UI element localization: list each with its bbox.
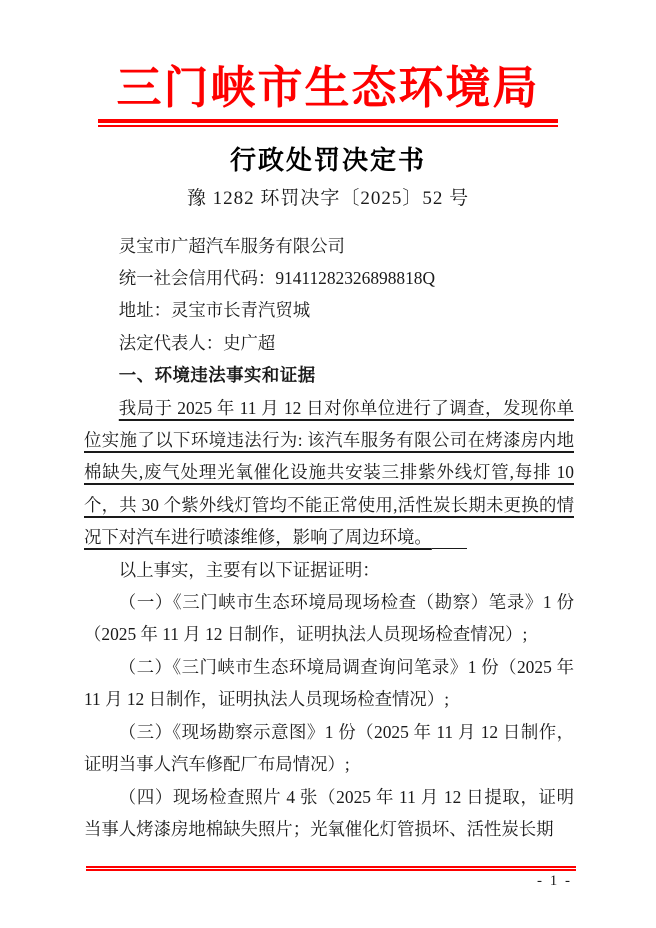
document-page: 三门峡市生态环境局 行政处罚决定书 豫 1282 环罚决字〔2025〕52 号 …: [0, 0, 656, 928]
violation-findings-underlined-text: 我局于 2025 年 11 月 12 日对你单位进行了调查，发现你单位实施了以下…: [84, 398, 574, 548]
footer-divider: [86, 866, 576, 871]
evidence-item-2: （二）《三门峡市生态环境局调查询问笔录》1 份（2025 年 11 月 12 日…: [84, 651, 574, 716]
paragraph-violation-findings: 我局于 2025 年 11 月 12 日对你单位进行了调查，发现你单位实施了以下…: [84, 392, 574, 554]
evidence-item-1: （一）《三门峡市生态环境局现场检查（勘察）笔录》1 份（2025 年 11 月 …: [84, 586, 574, 651]
underline-tail: [432, 547, 467, 549]
agency-name: 三门峡市生态环境局: [0, 66, 656, 111]
letterhead-divider: [98, 119, 558, 127]
section-heading-violation-facts: 一、环境违法事实和证据: [84, 359, 574, 391]
evidence-item-4: （四）现场检查照片 4 张（2025 年 11 月 12 日提取，证明当事人烤漆…: [84, 781, 574, 846]
letterhead: 三门峡市生态环境局: [0, 0, 656, 127]
evidence-item-3: （三）《现场勘察示意图》1 份（2025 年 11 月 12 日制作，证明当事人…: [84, 716, 574, 781]
paragraph-credit-code: 统一社会信用代码：91411282326898818Q: [84, 262, 574, 294]
paragraph-legal-representative: 法定代表人：史广超: [84, 327, 574, 359]
letterhead-divider-thin-line: [98, 125, 558, 127]
paragraph-evidence-intro: 以上事实，主要有以下证据证明：: [84, 554, 574, 586]
page-number: - 1 -: [537, 873, 572, 890]
document-title: 行政处罚决定书: [0, 144, 656, 178]
document-number: 豫 1282 环罚决字〔2025〕52 号: [0, 188, 656, 211]
document-body: 灵宝市广超汽车服务有限公司 统一社会信用代码：91411282326898818…: [84, 230, 574, 846]
paragraph-address: 地址：灵宝市长青汽贸城: [84, 294, 574, 326]
paragraph-company-name: 灵宝市广超汽车服务有限公司: [84, 230, 574, 262]
